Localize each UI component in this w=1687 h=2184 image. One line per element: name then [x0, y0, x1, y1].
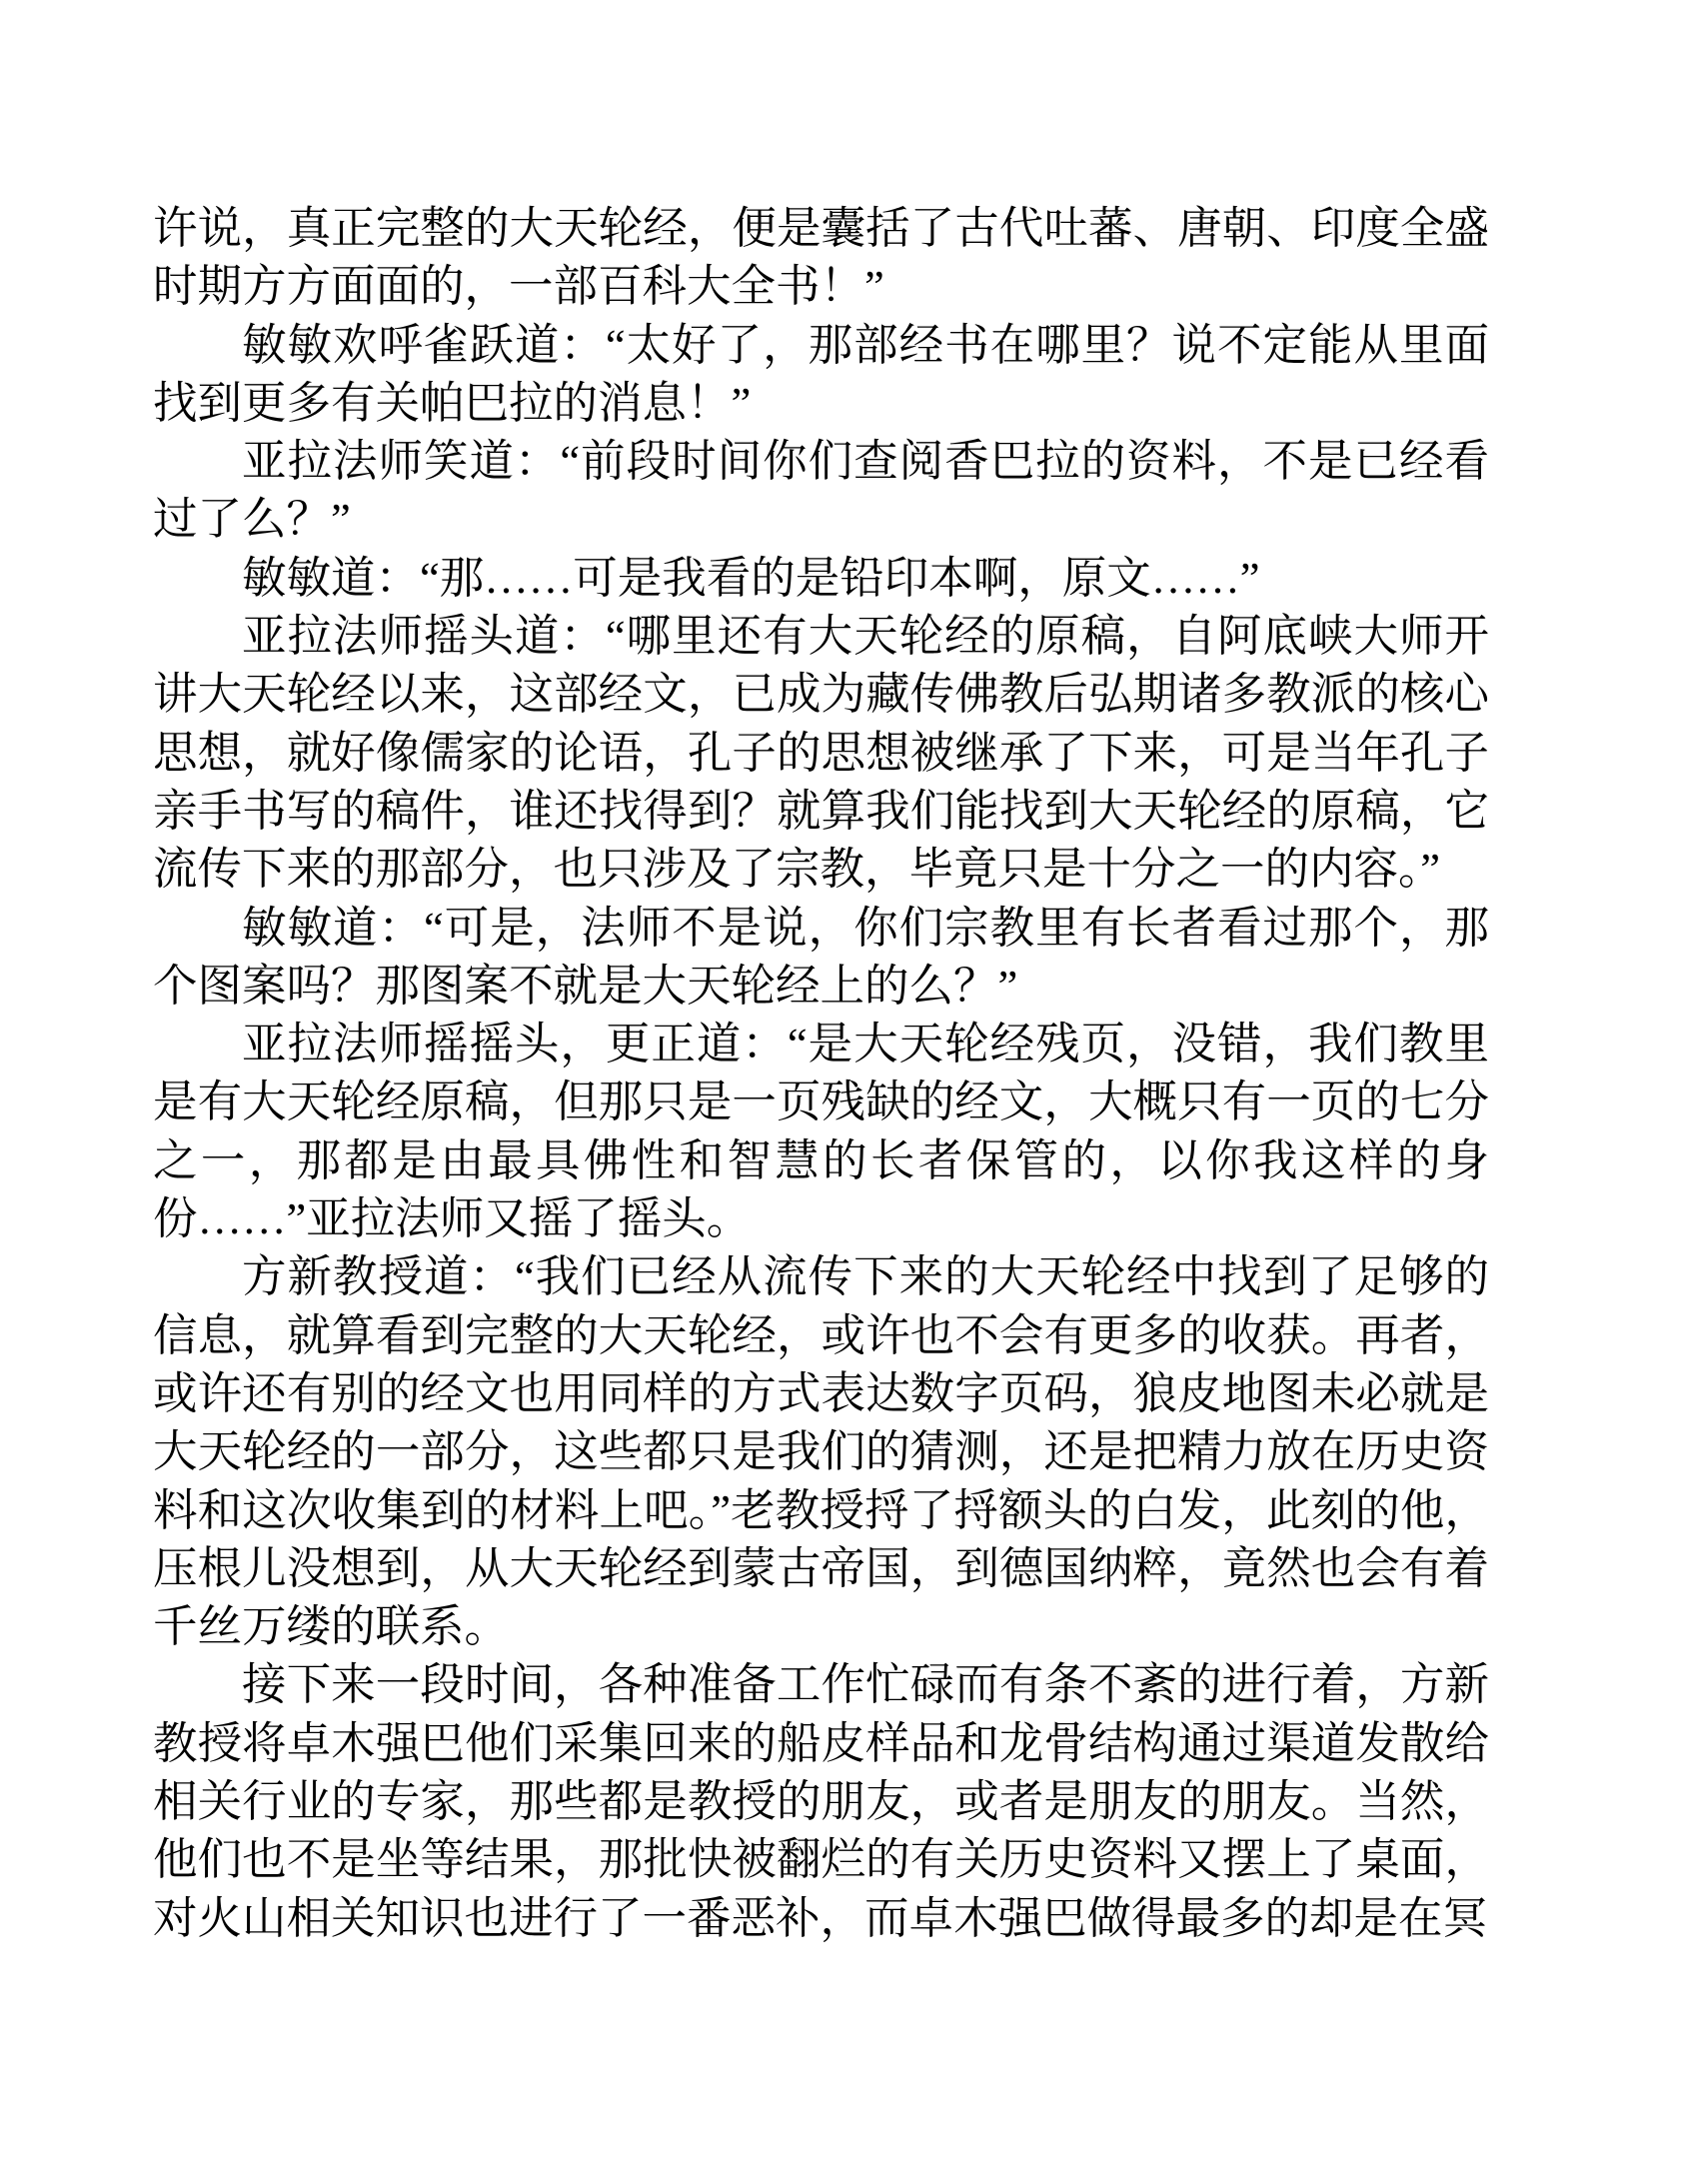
- paragraph: 敏敏欢呼雀跃道：“太好了，那部经书在哪里？说不定能从里面找到更多有关帕巴拉的消息…: [153, 316, 1489, 433]
- book-page: 许说，真正完整的大天轮经，便是囊括了古代吐蕃、唐朝、印度全盛时期方方面面的，一部…: [0, 0, 1687, 2184]
- paragraph: 方新教授道：“我们已经从流传下来的大天轮经中找到了足够的信息，就算看到完整的大天…: [153, 1247, 1489, 1655]
- paragraph: 亚拉法师笑道：“前段时间你们查阅香巴拉的资料，不是已经看过了么？”: [153, 432, 1489, 549]
- paragraph: 许说，真正完整的大天轮经，便是囊括了古代吐蕃、唐朝、印度全盛时期方方面面的，一部…: [153, 199, 1489, 316]
- paragraph: 接下来一段时间，各种准备工作忙碌而有条不紊的进行着，方新教授将卓木强巴他们采集回…: [153, 1655, 1489, 1946]
- paragraph: 亚拉法师摇摇头，更正道：“是大天轮经残页，没错，我们教里是有大天轮经原稿，但那只…: [153, 1015, 1489, 1247]
- paragraph: 敏敏道：“可是，法师不是说，你们宗教里有长者看过那个，那个图案吗？那图案不就是大…: [153, 899, 1489, 1016]
- paragraph: 敏敏道：“那……可是我看的是铅印本啊，原文……”: [153, 549, 1489, 607]
- paragraph: 亚拉法师摇头道：“哪里还有大天轮经的原稿，自阿底峡大师开讲大天轮经以来，这部经文…: [153, 607, 1489, 898]
- page-text-block: 许说，真正完整的大天轮经，便是囊括了古代吐蕃、唐朝、印度全盛时期方方面面的，一部…: [153, 199, 1489, 1947]
